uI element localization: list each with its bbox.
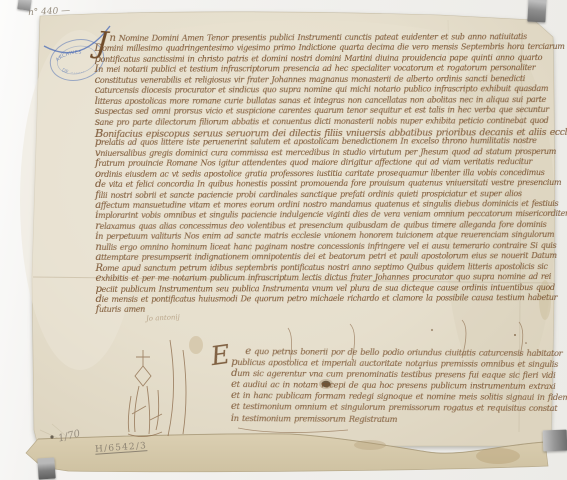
manuscript-main-text-block: n Nomine Domini Amen Tenor presentis pub… bbox=[94, 32, 557, 316]
manuscript-line: in testimonium premissorum Registratum bbox=[231, 413, 553, 426]
scanned-parchment-charter: ARCHIVES DE ········ n° 440 — 1/70 bbox=[0, 0, 567, 480]
notarial-subscription-block: e quo petrus bonerii por de bello podio … bbox=[231, 346, 553, 426]
subscription-initial-letter: E bbox=[209, 340, 232, 372]
mounting-clip-right bbox=[543, 430, 567, 452]
mounting-clip-bottom-left bbox=[37, 457, 55, 479]
mounting-clip-top-left bbox=[17, 0, 32, 11]
mounting-clip-top-right bbox=[527, 0, 546, 22]
